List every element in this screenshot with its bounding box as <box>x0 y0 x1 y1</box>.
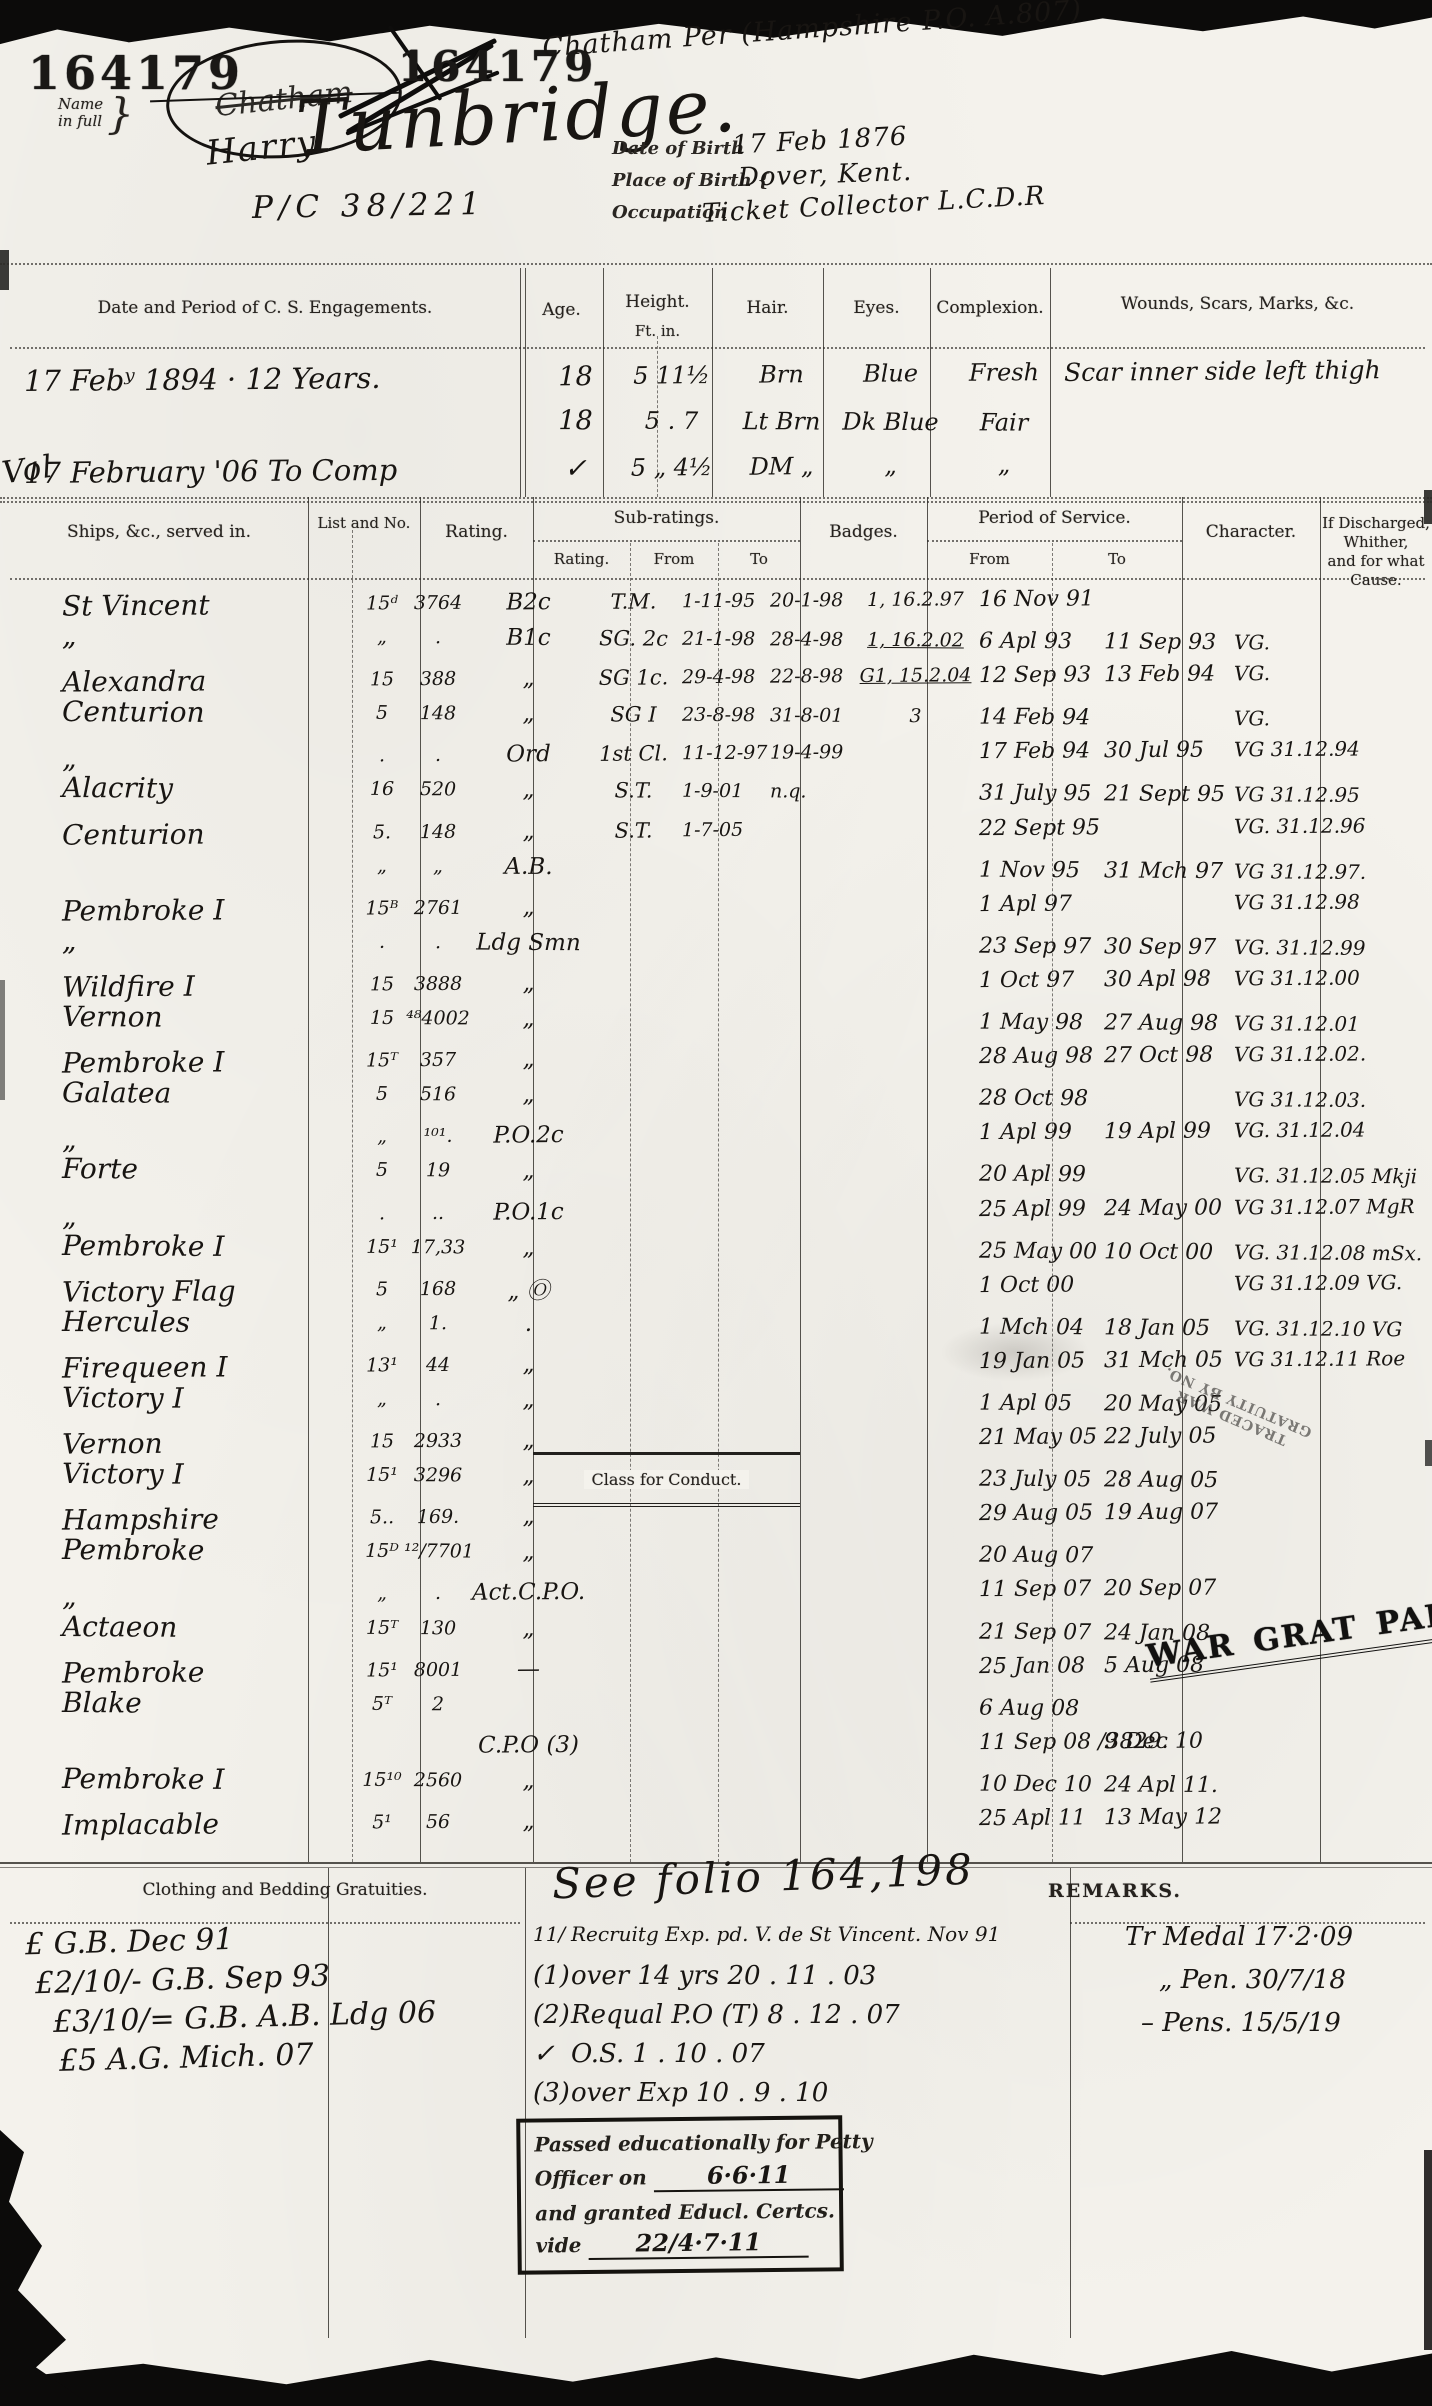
ship-name: „ <box>10 923 360 958</box>
period-to-cell: 9 Dec 10 <box>1104 1728 1234 1754</box>
character-cell: VG 31.12.00 <box>1234 965 1432 991</box>
sub-rating-cell: SG I <box>585 703 682 728</box>
period-to-cell: 24 Apl 11. <box>1104 1772 1234 1798</box>
engagement-complexion: Fair <box>944 408 1064 437</box>
sub-rating-cell <box>585 1668 682 1669</box>
character-cell: VG. <box>1234 630 1432 655</box>
ship-name: Centurion <box>10 695 360 730</box>
sub-rating-cell <box>585 1019 682 1020</box>
rating-cell: „ <box>472 1006 585 1033</box>
sub-rating-cell <box>585 1744 682 1745</box>
sub-rating-cell <box>585 1095 682 1096</box>
sub-rating-to-cell <box>770 868 852 869</box>
remarks-entry-text: O.S. 1 . 10 . 07 <box>571 2039 765 2069</box>
period-from-cell: 28 Aug 98 <box>979 1043 1104 1069</box>
number-cell: 148 <box>404 820 472 842</box>
engagement-height: 5 „ 4½ <box>617 453 726 482</box>
badges-cell <box>852 1742 979 1743</box>
rating-cell: „ <box>472 1767 585 1794</box>
rating-cell: P.O.2c <box>472 1122 585 1149</box>
ship-name: Victory I <box>10 1456 360 1491</box>
badges-cell <box>852 1133 979 1134</box>
name-in-full-label: Name in full } <box>58 96 134 130</box>
character-cell: VG 31.12.02. <box>1234 1041 1432 1067</box>
service-table-row: Implacable5¹56„25 Apl 1113 May 12 <box>10 1796 1425 1844</box>
period-from-cell: 1 Apl 05 <box>979 1390 1104 1416</box>
rating-cell: „ <box>472 777 585 804</box>
engagements-body: 17 Febʸ 1894 · 12 Years.185 11½BrnBlueFr… <box>10 352 1425 490</box>
sub-rating-cell <box>585 1705 682 1706</box>
number-cell: 1. <box>404 1312 472 1334</box>
rating-cell: „ <box>472 1387 585 1414</box>
character-cell: VG 31.12.01 <box>1234 1011 1432 1036</box>
period-from-cell: 11 Sep 07 <box>979 1576 1104 1602</box>
badges-cell: 3 <box>852 705 979 728</box>
rating-cell: „ <box>472 1808 585 1835</box>
period-to-cell: 13 Feb 94 <box>1104 661 1234 687</box>
sub-rating-to-cell: 19-4-99 <box>770 741 852 764</box>
officer-on-label: Officer on <box>535 2165 647 2190</box>
number-cell: 388 <box>404 668 472 690</box>
sub-rating-from-cell <box>682 1515 770 1516</box>
rating-cell: A.B. <box>472 853 585 880</box>
list-cell: 15 <box>360 668 404 690</box>
rating-header: Rating. <box>420 522 533 542</box>
sub-rating-to-cell <box>770 1438 852 1439</box>
officer-on-value: 6·6·11 <box>653 2159 843 2192</box>
sub-rating-to-cell: 22-8-98 <box>770 665 852 688</box>
period-from-cell: 29 Aug 05 <box>979 1500 1104 1526</box>
sub-rating-cell <box>585 1629 682 1630</box>
list-cell: 5.. <box>360 1506 404 1528</box>
list-cell: 15¹⁰ <box>360 1769 404 1791</box>
rating-cell: „ <box>472 1539 585 1566</box>
rating-cell: „ <box>472 1427 585 1454</box>
sub-rating-from-cell <box>682 982 770 983</box>
engagement-hair: Lt Brn <box>726 407 837 436</box>
sub-rating-to-cell: 20-1-98 <box>770 589 852 612</box>
engagements-complexion-header: Complexion. <box>930 298 1050 318</box>
remarks-entry: 11/Recruitg Exp. pd. V. de St Vincent. N… <box>533 1922 1000 1961</box>
period-to-cell <box>1104 902 1234 903</box>
period-to-header: To <box>1052 550 1182 569</box>
sub-rating-to-cell <box>770 829 852 830</box>
character-cell <box>1234 1510 1432 1512</box>
period-to-cell: 28 Aug 05 <box>1104 1467 1234 1493</box>
list-cell: 15¹ <box>360 1464 404 1486</box>
name-label-line2: in full <box>58 113 103 130</box>
sub-rating-from-cell <box>682 1058 770 1059</box>
period-to-cell <box>1104 1175 1234 1176</box>
period-to-cell: 30 Apl 98 <box>1104 966 1234 992</box>
sub-rating-from-cell <box>682 1743 770 1744</box>
engagement-height: 5 . 7 <box>617 406 726 435</box>
number-cell: „ <box>404 855 472 877</box>
sub-rating-from-cell <box>682 1591 770 1592</box>
sub-rating-from-cell <box>682 1629 770 1630</box>
list-cell: 15¹ <box>360 1659 404 1681</box>
badges-cell <box>852 828 979 829</box>
rating-cell: B2c <box>472 589 585 616</box>
list-cell: 5 <box>360 1083 404 1105</box>
sub-rating-from-cell <box>682 1286 770 1287</box>
sub-rating-to-cell <box>770 1362 852 1363</box>
clothing-entries: £ G.B. Dec 91£2/10/- G.B. Sep 93£3/10/= … <box>25 1922 436 2078</box>
vide-value: 22/4·7·11 <box>588 2227 808 2260</box>
engagement-eyes: „ <box>837 451 944 480</box>
period-from-cell: 25 Apl 11 <box>979 1805 1104 1831</box>
period-to-cell: 20 Sep 07 <box>1104 1575 1234 1601</box>
list-cell: 5. <box>360 821 404 843</box>
number-cell: 2 <box>404 1693 472 1715</box>
list-cell: 5¹ <box>360 1811 404 1833</box>
badges-cell <box>852 752 979 753</box>
period-to-cell: 30 Sep 97 <box>1104 934 1234 960</box>
number-cell: 2761 <box>404 897 472 919</box>
period-to-cell: 22 July 05 <box>1104 1423 1234 1449</box>
number-cell: . <box>404 1582 472 1604</box>
number-cell: 130 <box>404 1617 472 1639</box>
ship-name <box>10 863 360 865</box>
badges-cell <box>852 1173 979 1174</box>
badges-cell <box>852 1783 979 1784</box>
ship-name: Hercules <box>10 1304 360 1339</box>
number-cell: 3764 <box>404 592 472 614</box>
engagement-complexion: Fresh <box>944 358 1064 387</box>
period-to-cell: 19 Aug 07 <box>1104 1499 1234 1525</box>
rating-cell: „ <box>472 894 585 921</box>
character-cell: VG 31.12.95 <box>1234 783 1432 808</box>
remarks-entry: (1)over 14 yrs 20 . 11 . 03 <box>533 1961 1000 2000</box>
sub-rating-cell <box>585 1324 682 1325</box>
medal-entry: – Pens. 15/5/19 <box>1141 2008 1353 2051</box>
character-cell <box>1234 1709 1432 1710</box>
remarks-entry-tag: 11/ <box>533 1922 571 1946</box>
period-to-cell <box>1104 597 1234 598</box>
number-cell: 8001 <box>404 1658 472 1680</box>
sub-rating-to-cell <box>770 905 852 906</box>
list-cell: 16 <box>360 778 404 800</box>
sub-rating-to-cell <box>770 1514 852 1515</box>
engagements-height-units: Ft. in. <box>603 322 712 340</box>
rating-cell: — <box>472 1656 585 1683</box>
sub-rating-from-cell <box>682 1134 770 1135</box>
sub-rating-to-cell: n.q. <box>770 781 852 804</box>
badges-cell <box>852 1478 979 1479</box>
number-cell: 148 <box>404 702 472 724</box>
ship-name: Pembroke I <box>10 1228 360 1263</box>
scan-edge-mark <box>1424 2150 1432 2350</box>
period-from-cell: 22 Sept 95 <box>979 814 1104 840</box>
number-cell: . <box>404 1388 472 1410</box>
sub-rating-to-cell <box>770 1173 852 1174</box>
character-cell: VG 31.12.03. <box>1234 1087 1432 1112</box>
list-cell: . <box>360 745 404 767</box>
list-cell: 15 <box>360 1007 404 1029</box>
rating-cell: P.O.1c <box>472 1198 585 1225</box>
badges-cell <box>852 1249 979 1250</box>
list-cell: 15ᴰ <box>360 1540 404 1562</box>
period-to-cell: 27 Oct 98 <box>1104 1042 1234 1068</box>
remarks-entry-text: Requal P.O (T) 8 . 12 . 07 <box>571 2000 900 2030</box>
remarks-entry: (2)Requal P.O (T) 8 . 12 . 07 <box>533 2000 1000 2039</box>
engagement-height: 5 11½ <box>617 361 726 390</box>
character-cell <box>1234 1785 1432 1786</box>
education-stamp-line3: and granted Educl. Certcs. <box>535 2198 825 2225</box>
sub-rating-cell <box>585 1363 682 1364</box>
character-cell: VG 31.12.09 VG. <box>1234 1269 1432 1295</box>
sub-rating-cell <box>585 982 682 983</box>
list-cell: „ <box>360 855 404 877</box>
character-cell <box>1234 1739 1432 1741</box>
remarks-entry-tag: ✓ <box>533 2039 571 2069</box>
sub-rating-cell: S.T. <box>585 779 682 804</box>
period-to-cell: 31 Mch 97 <box>1104 858 1234 884</box>
badges-cell <box>852 1402 979 1403</box>
badges-cell <box>852 1056 979 1057</box>
rating-cell: Ldg Smn <box>472 929 585 956</box>
sub-rating-from-cell: 21-1-98 <box>682 628 770 651</box>
medal-entry: „ Pen. 30/7/18 <box>1159 1965 1353 2008</box>
rating-cell <box>472 1704 585 1705</box>
period-from-cell: 6 Aug 08 <box>979 1695 1104 1721</box>
badges-cell <box>852 904 979 905</box>
period-to-cell <box>1104 1708 1234 1709</box>
scan-edge-mark <box>1425 1440 1432 1466</box>
rating-cell: „ <box>472 1234 585 1261</box>
character-cell <box>1234 1480 1432 1481</box>
period-from-cell: 17 Feb 94 <box>979 738 1104 764</box>
sub-rating-cell <box>585 1781 682 1782</box>
list-cell: 5 <box>360 702 404 724</box>
list-cell: 15¹ <box>360 1235 404 1257</box>
vol-margin-note: Vol <box>0 449 55 492</box>
sub-rating-to-cell <box>770 1630 852 1631</box>
list-cell: „ <box>360 626 404 648</box>
sub-rating-from-cell <box>682 1210 770 1211</box>
vide-label: vide <box>535 2233 581 2257</box>
sub-rating-cell <box>585 1211 682 1212</box>
engagement-hair: DM „ <box>726 452 837 481</box>
period-from-cell: 1 Nov 95 <box>979 857 1104 883</box>
engagement-wounds <box>1064 423 1432 425</box>
subrating-to-header: To <box>718 550 800 569</box>
sub-rating-cell <box>585 1172 682 1173</box>
engagement-date: 17 February '06 To Comp <box>10 452 534 491</box>
period-from-cell: 25 Apl 99 <box>979 1195 1104 1221</box>
period-from-cell: 1 Oct 00 <box>979 1272 1104 1298</box>
number-cell: . <box>404 744 472 766</box>
character-cell: VG. 31.12.08 mSx. <box>1234 1240 1432 1265</box>
character-header: Character. <box>1182 522 1320 542</box>
sub-rating-cell <box>585 906 682 907</box>
sub-rating-to-cell <box>770 1401 852 1402</box>
period-from-cell: 25 Jan 08 <box>979 1652 1104 1678</box>
ship-name: Galatea <box>10 1075 360 1110</box>
sub-rating-to-cell: 31-8-01 <box>770 705 852 728</box>
sub-rating-to-cell <box>770 1133 852 1134</box>
period-to-cell <box>1104 718 1234 719</box>
character-cell: VG 31.12.98 <box>1234 888 1432 914</box>
period-to-cell: 21 Sept 95 <box>1104 781 1234 807</box>
sub-rating-from-cell <box>682 1020 770 1021</box>
scan-edge-bottom <box>0 2342 1432 2406</box>
period-from-cell: 1 Oct 97 <box>979 967 1104 993</box>
remarks-entry-tag: (2) <box>533 2000 571 2030</box>
period-to-cell: 24 May 00 <box>1104 1194 1234 1220</box>
number-cell: ⁴⁸4002 <box>404 1007 472 1029</box>
period-to-cell: 18 Jan 05 <box>1104 1315 1234 1341</box>
ship-name: Vernon <box>10 999 360 1034</box>
sub-rating-cell <box>585 943 682 944</box>
sub-rating-to-cell <box>770 1325 852 1326</box>
number-cell: 3296 <box>404 1464 472 1486</box>
dob-value: 17 Feb 1876 <box>731 121 908 160</box>
sub-rating-from-cell <box>682 1820 770 1821</box>
sub-rating-to-cell: 28-4-98 <box>770 628 852 651</box>
sub-rating-cell: SG. 2c <box>585 626 682 651</box>
clothing-gratuities-label: Clothing and Bedding Gratuities. <box>100 1880 470 1900</box>
rating-cell: Ord <box>472 741 585 768</box>
character-cell: VG. 31.12.99 <box>1234 935 1432 960</box>
sub-rating-cell <box>585 1553 682 1554</box>
number-cell: 357 <box>404 1049 472 1071</box>
badges-cell <box>852 1818 979 1819</box>
ship-name <box>10 1746 360 1748</box>
sub-rating-to-cell <box>770 1286 852 1287</box>
period-header: Period of Service. <box>927 508 1182 528</box>
list-cell: „ <box>360 1312 404 1334</box>
badges-cell <box>852 1209 979 1210</box>
rating-cell: „ <box>472 1503 585 1530</box>
badges-cell <box>852 945 979 946</box>
sub-rating-to-cell <box>770 1554 852 1555</box>
sub-rating-from-cell <box>682 905 770 906</box>
list-cell: 15 <box>360 973 404 995</box>
ship-name: Pembroke <box>10 1533 360 1568</box>
rating-cell: C.P.O (3) <box>472 1732 585 1759</box>
engagement-hair: Brn <box>726 360 837 389</box>
ship-name: Blake <box>10 1685 360 1720</box>
sub-rating-cell <box>585 1248 682 1249</box>
number-cell: ¹⁰¹. <box>404 1125 472 1147</box>
character-cell: VG. <box>1234 660 1432 686</box>
education-stamp-line1: Passed educationally for Petty <box>534 2129 824 2156</box>
character-cell: VG. <box>1234 706 1432 731</box>
remarks-label: REMARKS. <box>1048 1880 1182 1902</box>
period-from-cell: 20 Apl 99 <box>979 1162 1104 1188</box>
character-cell <box>1234 1586 1432 1588</box>
badges-cell: 1, 16.2.97 <box>852 588 979 611</box>
sub-rating-to-cell <box>770 1819 852 1820</box>
ship-name: Forte <box>10 1152 360 1187</box>
engagement-date: 17 Febʸ 1894 · 12 Years. <box>10 360 534 399</box>
sub-rating-cell <box>585 1592 682 1593</box>
character-cell: VG. 31.12.05 Mkji <box>1234 1164 1432 1189</box>
badges-cell <box>852 1590 979 1591</box>
sub-rating-from-cell <box>682 1782 770 1783</box>
sub-rating-from-cell <box>682 944 770 945</box>
education-stamp: Passed educationally for Petty Officer o… <box>516 2115 844 2274</box>
engagement-eyes: Blue <box>837 359 944 388</box>
list-cell: . <box>360 931 404 953</box>
sub-rating-to-cell <box>770 1743 852 1744</box>
badges-cell <box>852 1513 979 1514</box>
sub-rating-cell: S.T. <box>585 818 682 843</box>
period-from-cell: 16 Nov 91 <box>979 586 1104 612</box>
sub-rating-from-cell <box>682 1096 770 1097</box>
list-cell: 15ᵈ <box>360 592 404 614</box>
sub-rating-from-cell <box>682 867 770 868</box>
engagements-eyes-header: Eyes. <box>823 298 930 318</box>
number-cell: . <box>404 931 472 953</box>
number-cell: 169. <box>404 1506 472 1528</box>
period-from-cell: 23 July 05 <box>979 1466 1104 1492</box>
rating-cell: „ <box>472 701 585 728</box>
engagement-age: 18 <box>534 405 617 436</box>
sub-rating-cell <box>585 1135 682 1136</box>
period-to-cell: 13 May 12 <box>1104 1804 1234 1830</box>
sub-rating-cell: SG 1c. <box>585 665 682 690</box>
sub-rating-cell <box>585 1400 682 1401</box>
sub-rating-from-cell <box>682 1553 770 1554</box>
badges-cell <box>852 1285 979 1286</box>
period-from-cell: 6 Apl 93 <box>979 628 1104 654</box>
remarks-entry: (3)over Exp 10 . 9 . 10 <box>533 2078 1000 2117</box>
list-no-header: List and No. <box>308 514 420 533</box>
scan-edge-mark <box>0 980 5 1100</box>
sub-rating-from-cell: 1-7-05 <box>682 818 770 841</box>
list-cell: 15ᵀ <box>360 1049 404 1071</box>
character-cell: VG 31.12.07 MgR <box>1234 1193 1432 1219</box>
reference-number: P/C 38/221 <box>252 186 487 226</box>
remarks-entry-text: over Exp 10 . 9 . 10 <box>571 2078 828 2108</box>
sub-rating-to-cell <box>770 1591 852 1592</box>
period-to-cell <box>1104 826 1234 827</box>
rating-cell: „ <box>472 665 585 692</box>
number-cell: 3888 <box>404 973 472 995</box>
badges-cell: 1, 16.2.02 <box>852 629 979 652</box>
engagement-eyes: Dk Blue <box>837 408 944 437</box>
engagement-wounds <box>1064 461 1432 464</box>
character-cell <box>1234 1557 1432 1558</box>
sub-rating-from-cell <box>682 1706 770 1707</box>
number-cell: 168 <box>404 1277 472 1299</box>
period-from-cell: 19 Jan 05 <box>979 1348 1104 1374</box>
badges-cell <box>852 1361 979 1362</box>
number-cell: 2560 <box>404 1769 472 1791</box>
sub-rating-from-cell <box>682 1172 770 1173</box>
list-cell: 5ᵀ <box>360 1693 404 1715</box>
badges-cell <box>852 1097 979 1098</box>
medal-entry: Tr Medal 17·2·09 <box>1125 1922 1353 1965</box>
scan-edge-bottom-left <box>0 2130 150 2406</box>
period-to-cell: 27 Aug 98 <box>1104 1010 1234 1036</box>
sub-rating-to-cell <box>770 1057 852 1058</box>
sub-rating-to-cell <box>770 1667 852 1668</box>
period-to-cell: 10 Oct 00 <box>1104 1239 1234 1265</box>
period-from-cell: 10 Dec 10 <box>979 1771 1104 1797</box>
name-label-brace: } <box>107 105 134 122</box>
engagements-age-header: Age. <box>520 300 603 320</box>
list-cell: . <box>360 1202 404 1224</box>
list-cell: 5 <box>360 1278 404 1300</box>
number-cell: 17,33 <box>404 1236 472 1258</box>
engagements-wounds-header: Wounds, Scars, Marks, &c. <box>1050 294 1425 314</box>
sub-rating-cell <box>585 1516 682 1517</box>
period-from-cell: 1 Mch 04 <box>979 1314 1104 1340</box>
list-cell: 15ᴮ <box>360 897 404 919</box>
